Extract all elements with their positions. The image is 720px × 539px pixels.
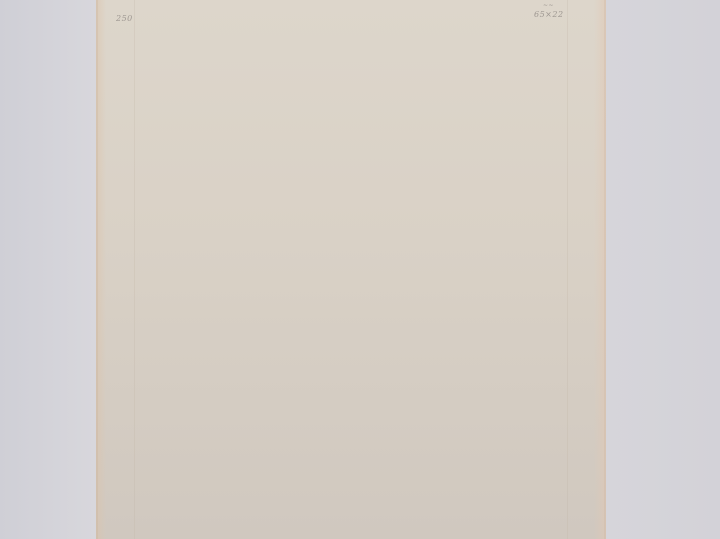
background-left: [0, 0, 96, 539]
paper-sheet: 250 ~~ 65×22: [96, 0, 606, 539]
background-right: [606, 0, 720, 539]
plate-mark: [134, 0, 568, 539]
pencil-note-top-right-small: ~~: [543, 2, 554, 9]
pencil-note-top-right: 65×22: [534, 10, 564, 19]
pencil-note-top-left: 250: [116, 14, 133, 23]
